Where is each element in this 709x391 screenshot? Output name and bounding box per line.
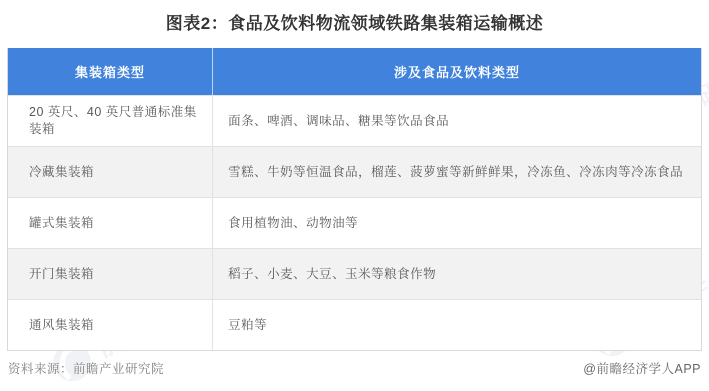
table-row: 开门集装箱 稻子、小麦、大豆、玉米等粮食作物 xyxy=(8,248,701,299)
page-title: 图表2：食品及饮料物流领域铁路集装箱运输概述 xyxy=(0,9,709,34)
credit-note: @前瞻经济学人APP xyxy=(583,359,701,377)
cell-food-types: 食用植物油、动物油等 xyxy=(213,198,701,248)
cell-container-type: 罐式集装箱 xyxy=(8,198,213,248)
container-type-table: 集装箱类型 涉及食品及饮料类型 20 英尺、40 英尺普通标准集装箱 面条、啤酒… xyxy=(7,48,702,351)
cell-container-type: 冷藏集装箱 xyxy=(8,147,213,197)
table-row: 通风集装箱 豆粕等 xyxy=(8,299,701,350)
cell-food-types: 雪糕、牛奶等恒温食品，榴莲、菠萝蜜等新鲜鲜果，冷冻鱼、冷冻肉等冷冻食品 xyxy=(213,147,701,197)
cell-container-type: 通风集装箱 xyxy=(8,300,213,350)
table-row: 冷藏集装箱 雪糕、牛奶等恒温食品，榴莲、菠萝蜜等新鲜鲜果，冷冻鱼、冷冻肉等冷冻食… xyxy=(8,146,701,197)
source-note: 资料来源：前瞻产业研究院 xyxy=(8,359,164,377)
cell-container-type: 20 英尺、40 英尺普通标准集装箱 xyxy=(8,96,213,146)
cell-container-type: 开门集装箱 xyxy=(8,249,213,299)
table-row: 20 英尺、40 英尺普通标准集装箱 面条、啤酒、调味品、糖果等饮品食品 xyxy=(8,95,701,146)
table-row: 罐式集装箱 食用植物油、动物油等 xyxy=(8,197,701,248)
figure-canvas: 前瞻产业研究院 前瞻产业研究院 前瞻产业研究院 前瞻产业研究院 前瞻产业研究院 … xyxy=(0,0,709,391)
column-header-food-types: 涉及食品及饮料类型 xyxy=(213,48,701,95)
cell-food-types: 豆粕等 xyxy=(213,300,701,350)
table-header-row: 集装箱类型 涉及食品及饮料类型 xyxy=(8,48,701,95)
footer: 资料来源：前瞻产业研究院 @前瞻经济学人APP xyxy=(8,359,701,377)
cell-food-types: 面条、啤酒、调味品、糖果等饮品食品 xyxy=(213,96,701,146)
column-header-container-type: 集装箱类型 xyxy=(8,48,213,95)
cell-food-types: 稻子、小麦、大豆、玉米等粮食作物 xyxy=(213,249,701,299)
